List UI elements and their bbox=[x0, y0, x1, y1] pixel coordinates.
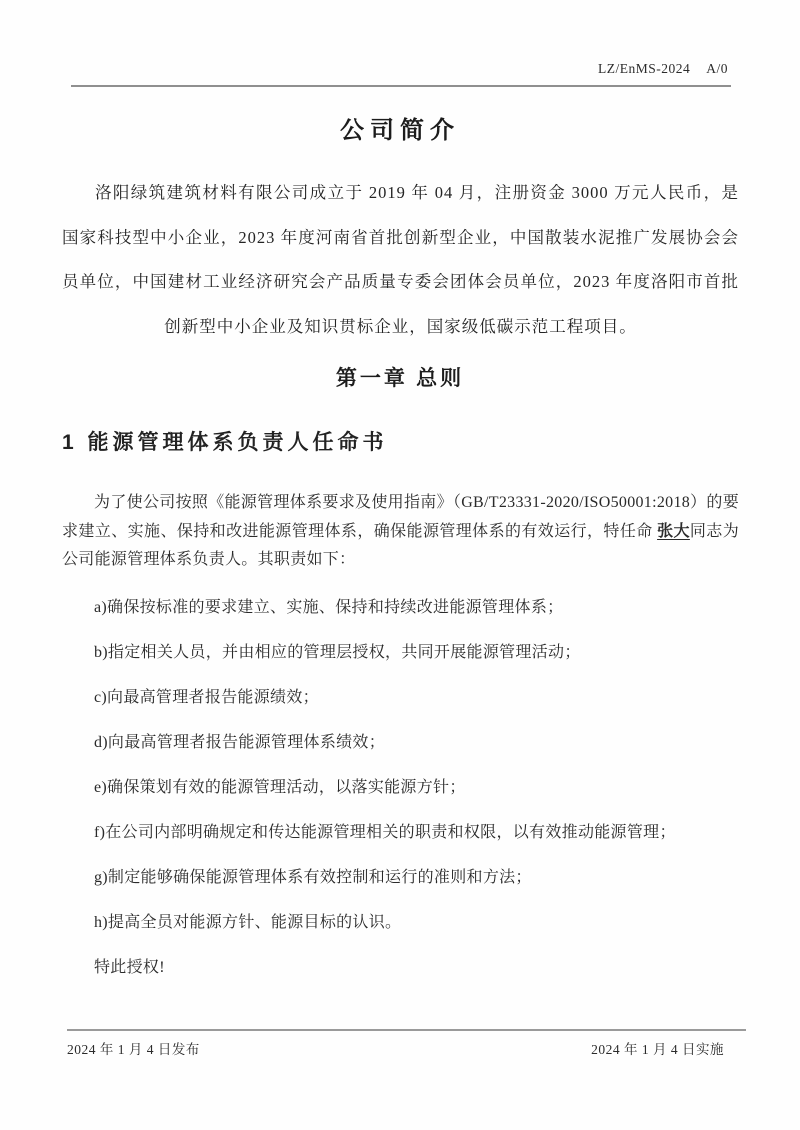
document-footer: 2024 年 1 月 4 日发布 2024 年 1 月 4 日实施 bbox=[67, 1038, 724, 1058]
footer-rule bbox=[67, 1029, 746, 1031]
duty-item-c: c)向最高管理者报告能源绩效； bbox=[62, 675, 739, 720]
duty-item-b: b)指定相关人员，并由相应的管理层授权，共同开展能源管理活动； bbox=[62, 630, 739, 675]
duties-list: a)确保按标准的要求建立、实施、保持和持续改进能源管理体系； b)指定相关人员，… bbox=[62, 585, 739, 990]
duty-item-h: h)提高全员对能源方针、能源目标的认识。 bbox=[62, 900, 739, 945]
implementation-date: 2024 年 1 月 4 日实施 bbox=[591, 1038, 724, 1058]
duty-item-a: a)确保按标准的要求建立、实施、保持和持续改进能源管理体系； bbox=[62, 585, 739, 630]
duty-item-e: e)确保策划有效的能源管理活动，以落实能源方针； bbox=[62, 765, 739, 810]
header-revision: A/0 bbox=[706, 61, 728, 76]
appointment-paragraph: 为了使公司按照《能源管理体系要求及使用指南》（GB/T23331-2020/IS… bbox=[62, 489, 739, 575]
duty-item-g: g)制定能够确保能源管理体系有效控制和运行的准则和方法； bbox=[62, 855, 739, 900]
document-title: 公司简介 bbox=[0, 110, 800, 145]
appointee-name: 张大 bbox=[657, 523, 690, 540]
document-page: LZ/EnMS-2024A/0 公司简介 洛阳绿筑建筑材料有限公司成立于 201… bbox=[0, 0, 800, 1130]
intro-paragraph: 洛阳绿筑建筑材料有限公司成立于 2019 年 04 月，注册资金 3000 万元… bbox=[62, 171, 739, 349]
header-doc-code: LZ/EnMS-2024 bbox=[598, 61, 690, 76]
header-rule bbox=[71, 85, 731, 87]
chapter-heading: 第一章 总则 bbox=[0, 362, 800, 392]
duty-item-d: d)向最高管理者报告能源管理体系绩效； bbox=[62, 720, 739, 765]
closing-statement: 特此授权! bbox=[62, 945, 739, 990]
document-header: LZ/EnMS-2024A/0 bbox=[63, 61, 728, 77]
release-date: 2024 年 1 月 4 日发布 bbox=[67, 1038, 200, 1058]
section-heading: 1 能源管理体系负责人任命书 bbox=[62, 426, 388, 456]
appointment-text-before: 为了使公司按照《能源管理体系要求及使用指南》（GB/T23331-2020/IS… bbox=[62, 494, 739, 540]
duty-item-f: f)在公司内部明确规定和传达能源管理相关的职责和权限，以有效推动能源管理； bbox=[62, 810, 739, 855]
